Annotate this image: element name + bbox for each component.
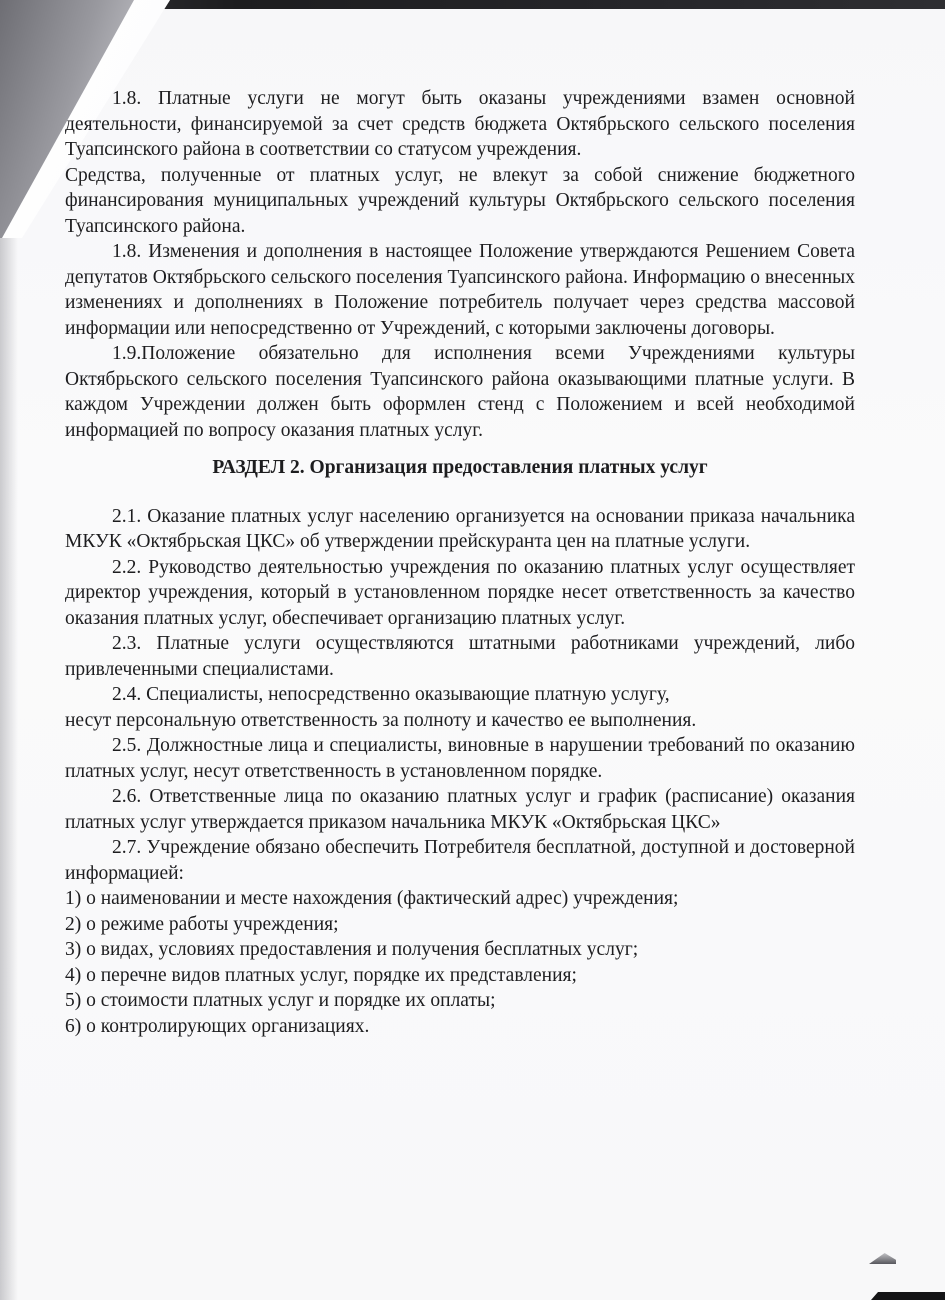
list-item-2: 2) о режиме работы учреждения;: [65, 912, 855, 938]
page-left-edge-shadow: [0, 210, 18, 1300]
paragraph-2-5: 2.5. Должностные лица и специалисты, вин…: [65, 733, 855, 784]
paragraph-2-2: 2.2. Руководство деятельностью учреждени…: [65, 555, 855, 632]
list-item-6: 6) о контролирующих организациях.: [65, 1014, 855, 1040]
paragraph-1-8-amendments: 1.8. Изменения и дополнения в настоящее …: [65, 239, 855, 341]
scan-smudge-mark: [869, 1253, 896, 1264]
list-item-4: 4) о перечне видов платных услуг, порядк…: [65, 963, 855, 989]
paragraph-2-6: 2.6. Ответственные лица по оказанию плат…: [65, 784, 855, 835]
section-heading: РАЗДЕЛ 2. Организация предоставления пла…: [65, 455, 855, 481]
paragraph-2-4: 2.4. Специалисты, непосредственно оказыв…: [65, 682, 855, 733]
paragraph-2-3: 2.3. Платные услуги осуществляются штатн…: [65, 631, 855, 682]
list-item-1: 1) о наименовании и месте нахождения (фа…: [65, 886, 855, 912]
list-item-5: 5) о стоимости платных услуг и порядке и…: [65, 988, 855, 1014]
paragraph-2-1: 2.1. Оказание платных услуг населению ор…: [65, 504, 855, 555]
paragraph-2-7: 2.7. Учреждение обязано обеспечить Потре…: [65, 835, 855, 886]
list-item-3: 3) о видах, условиях предоставления и по…: [65, 937, 855, 963]
paragraph-1-8-services: 1.8. Платные услуги не могут быть оказан…: [65, 86, 855, 163]
paragraph-funds: Средства, полученные от платных услуг, н…: [65, 163, 855, 240]
scanner-edge-bottom-right: [871, 1292, 945, 1300]
paragraph-1-9: 1.9.Положение обязательно для исполнения…: [65, 341, 855, 443]
document-text: 1.8. Платные услуги не могут быть оказан…: [65, 86, 855, 1039]
document-page: 1.8. Платные услуги не могут быть оказан…: [0, 0, 945, 1300]
